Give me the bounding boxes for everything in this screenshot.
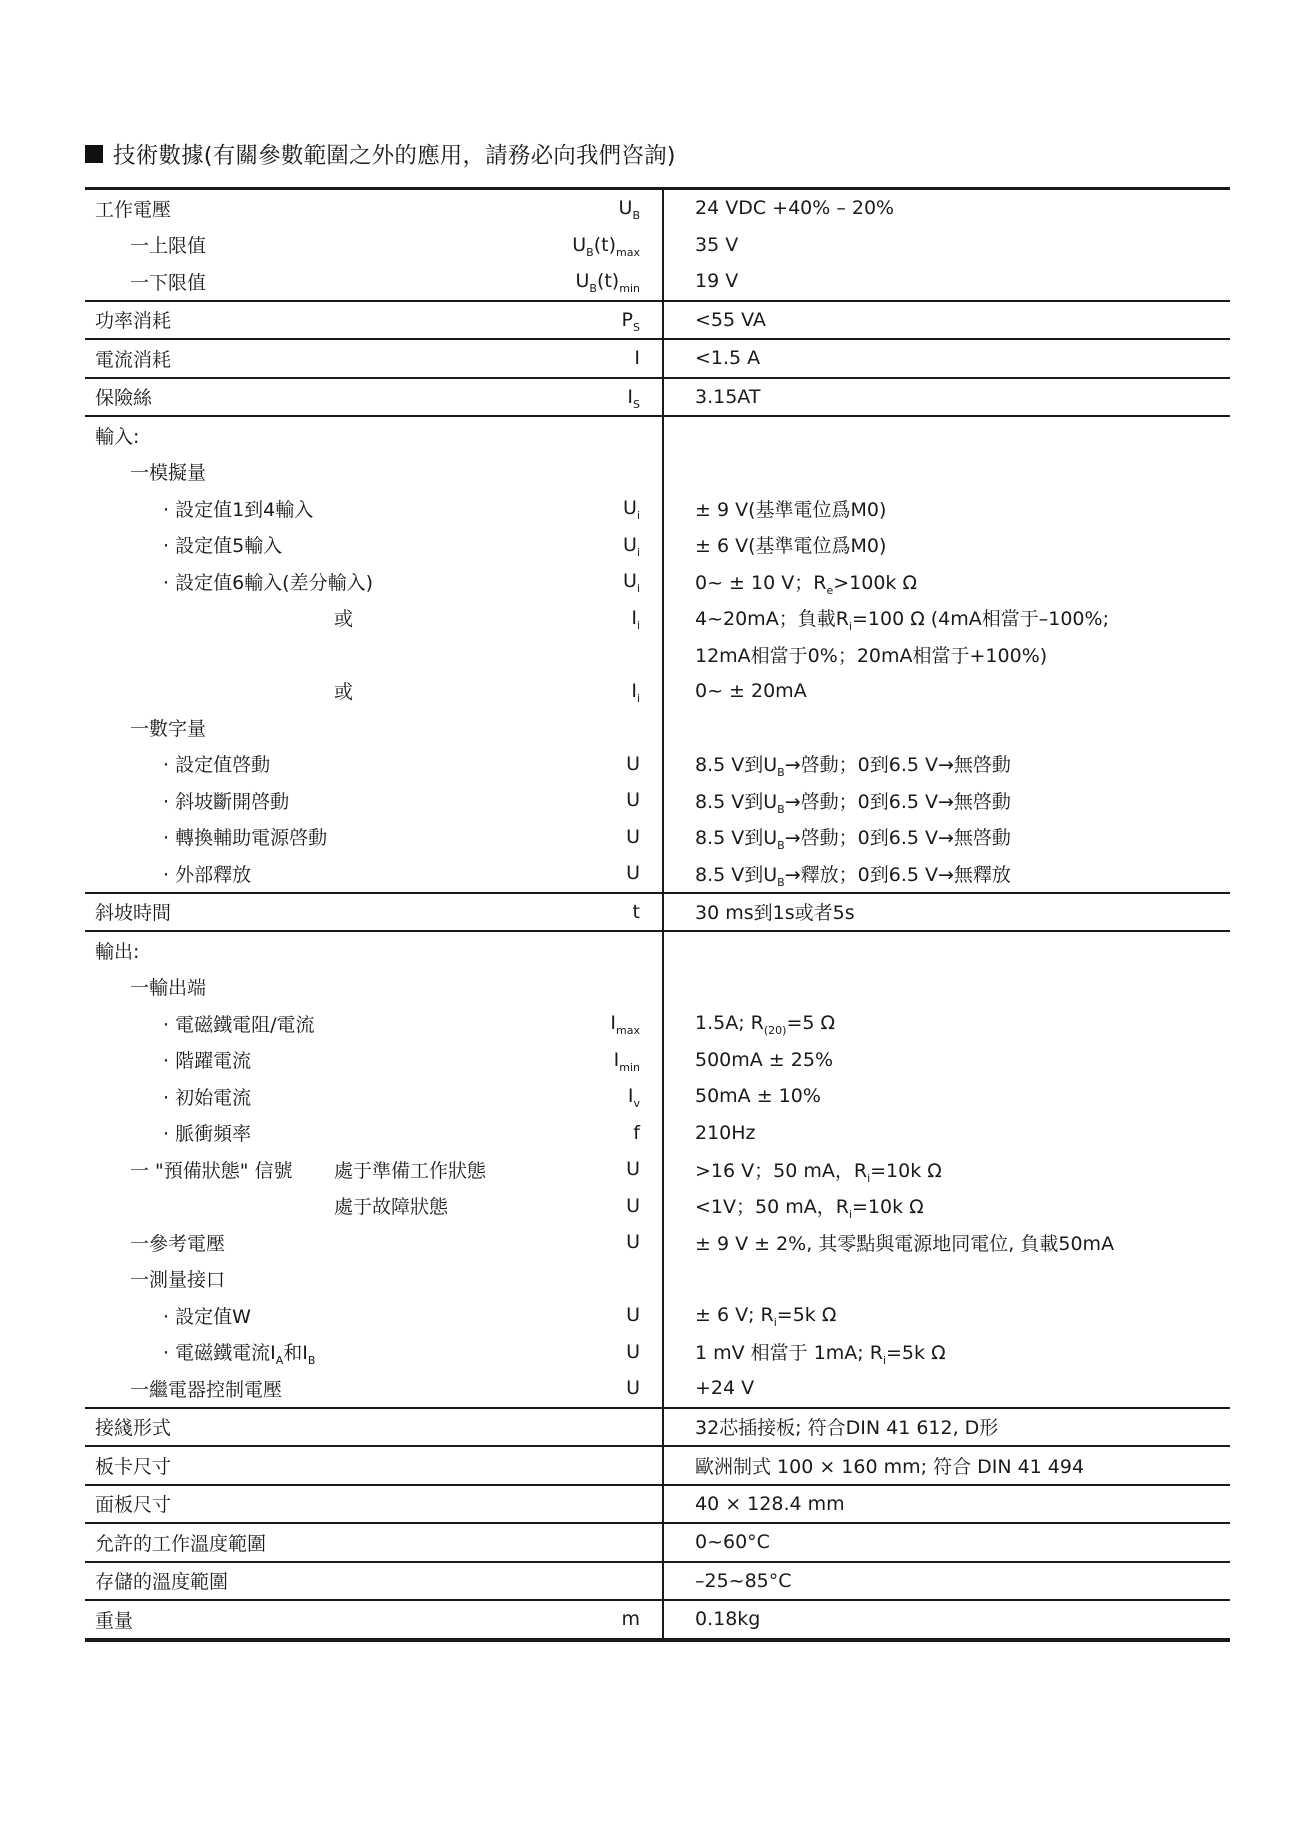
table-row: · 設定值6輸入(差分輸入)Ui0~ ± 10 V；Re>100k Ω (85, 563, 1230, 600)
parameter-cell: 功率消耗PS (85, 306, 662, 333)
table-row: 輸入: (85, 415, 1230, 454)
parameter-cell: · 設定值5輸入Ui (85, 531, 662, 558)
table-row: · 初始電流Iv50mA ± 10% (85, 1078, 1230, 1115)
symbol-label: U (626, 1341, 662, 1363)
table-row: 一上限值UB(t)max35 V (85, 227, 1230, 264)
value-cell (662, 1261, 1230, 1298)
value-cell: 0~ ± 10 V；Re>100k Ω (662, 563, 1230, 600)
value-cell: 0.18kg (662, 1601, 1230, 1638)
table-row: · 脈衝頻率f210Hz (85, 1115, 1230, 1152)
symbol-label: U (626, 789, 662, 811)
table-row: · 設定值1到4輸入Ui± 9 V(基準電位爲M0) (85, 490, 1230, 527)
value-cell: 3.15AT (662, 379, 1230, 416)
table-row: 保險絲IS3.15AT (85, 377, 1230, 416)
parameter-cell: 工作電壓UB (85, 195, 662, 222)
parameter-cell: 一繼電器控制電壓U (85, 1375, 662, 1402)
table-row: · 電磁鐵電流IA和IBU1 mV 相當于 1mA; Ri=5k Ω (85, 1334, 1230, 1371)
parameter-cell: 面板尺寸 (85, 1490, 662, 1517)
value-cell: ± 9 V ± 2%, 其零點與電源地同電位, 負載50mA (662, 1224, 1230, 1261)
parameter-label: · 轉換輔助電源啓動 (85, 823, 327, 850)
parameter-cell: 電流消耗I (85, 345, 662, 372)
value-text: –25~85°C (695, 1570, 792, 1592)
parameter-label: · 脈衝頻率 (85, 1119, 251, 1146)
value-cell: 19 V (662, 263, 1230, 300)
parameter-label: · 設定值6輸入(差分輸入) (85, 568, 373, 595)
parameter-cell: 存儲的溫度範圍 (85, 1567, 662, 1594)
symbol-label: m (621, 1608, 662, 1630)
parameter-cell: · 電磁鐵電流IA和IBU (85, 1338, 662, 1365)
parameter-cell: 或Ii (85, 677, 662, 704)
parameter-cell: 一下限值UB(t)min (85, 268, 662, 295)
value-text: 19 V (695, 270, 738, 292)
symbol-label: I (634, 347, 662, 369)
table-row: 輸出: (85, 930, 1230, 969)
value-text: 50mA ± 10% (695, 1085, 821, 1107)
symbol-label: Ui (623, 570, 662, 592)
table-row: 一模擬量 (85, 454, 1230, 491)
value-cell (662, 709, 1230, 746)
parameter-cell: 處于故障狀態U (85, 1195, 662, 1217)
parameter-cell: 一 "預備狀態" 信號處于準備工作狀態U (85, 1156, 662, 1183)
table-row: 功率消耗PS<55 VA (85, 300, 1230, 339)
parameter-label: 一下限值 (85, 268, 206, 295)
value-text: 35 V (695, 234, 738, 256)
parameter-cell: · 階躍電流Imin (85, 1046, 662, 1073)
parameter-sublabel: 處于故障狀態 (334, 1192, 448, 1219)
value-text: 32芯插接板; 符合DIN 41 612, D形 (695, 1413, 998, 1440)
value-cell: ± 6 V(基準電位爲M0) (662, 527, 1230, 564)
table-row: · 設定值啓動U8.5 V到UB→啓動；0到6.5 V→無啓動 (85, 746, 1230, 783)
parameter-label: 接綫形式 (85, 1413, 171, 1440)
value-text: 4~20mA；負載Ri=100 Ω (4mA相當于–100%; (695, 604, 1109, 631)
parameter-cell: · 設定值啓動U (85, 750, 662, 777)
value-cell: –25~85°C (662, 1563, 1230, 1600)
value-text: +24 V (695, 1377, 754, 1399)
parameter-label: 工作電壓 (85, 195, 171, 222)
value-text: 0~60°C (695, 1531, 770, 1553)
symbol-label: U (626, 1377, 662, 1399)
value-cell: 24 VDC +40% – 20% (662, 190, 1230, 227)
parameter-label: 一繼電器控制電壓 (85, 1375, 282, 1402)
parameter-cell: 接綫形式 (85, 1413, 662, 1440)
value-text: <55 VA (695, 309, 766, 331)
parameter-label: 或 (85, 604, 353, 631)
parameter-label: 功率消耗 (85, 306, 171, 333)
table-row: 一測量接口 (85, 1261, 1230, 1298)
symbol-label: Ui (623, 497, 662, 519)
value-text: ± 6 V(基準電位爲M0) (695, 531, 886, 558)
symbol-label: Ui (623, 534, 662, 556)
parameter-cell: 重量m (85, 1606, 662, 1633)
parameter-cell: 一參考電壓U (85, 1229, 662, 1256)
parameter-label: 面板尺寸 (85, 1490, 171, 1517)
parameter-cell: · 脈衝頻率f (85, 1119, 662, 1146)
symbol-label: Imax (610, 1012, 662, 1034)
table-row: 板卡尺寸歐洲制式 100 × 160 mm; 符合 DIN 41 494 (85, 1445, 1230, 1484)
parameter-label: 一參考電壓 (85, 1229, 225, 1256)
value-text: 12mA相當于0%；20mA相當于+100%) (695, 641, 1047, 668)
value-text: 0.18kg (695, 1608, 760, 1630)
value-text: <1.5 A (695, 347, 760, 369)
value-text: <1V；50 mA，Ri=10k Ω (695, 1192, 924, 1219)
value-cell (662, 417, 1230, 454)
table-row: 一參考電壓U± 9 V ± 2%, 其零點與電源地同電位, 負載50mA (85, 1224, 1230, 1261)
value-text: 8.5 V到UB→啓動；0到6.5 V→無啓動 (695, 823, 1011, 850)
parameter-label: 斜坡時間 (85, 898, 171, 925)
spec-table: 工作電壓UB24 VDC +40% – 20%一上限值UB(t)max35 V一… (85, 187, 1230, 1642)
section-title-text: 技術數據(有關參數範圍之外的應用，請務必向我們咨詢) (113, 138, 676, 170)
parameter-cell: 一模擬量 (85, 458, 662, 485)
table-row: 允許的工作溫度範圍0~60°C (85, 1522, 1230, 1561)
parameter-label: · 電磁鐵電流IA和IB (85, 1338, 315, 1365)
parameter-cell: 一輸出端 (85, 973, 662, 1000)
symbol-label: U (626, 826, 662, 848)
value-cell: >16 V；50 mA，Ri=10k Ω (662, 1151, 1230, 1188)
table-row: 處于故障狀態U<1V；50 mA，Ri=10k Ω (85, 1188, 1230, 1225)
table-row: · 斜坡斷開啓動U8.5 V到UB→啓動；0到6.5 V→無啓動 (85, 782, 1230, 819)
parameter-cell: · 斜坡斷開啓動U (85, 787, 662, 814)
table-row: 一數字量 (85, 709, 1230, 746)
value-cell: 12mA相當于0%；20mA相當于+100%) (662, 636, 1230, 673)
parameter-label: 存儲的溫度範圍 (85, 1567, 228, 1594)
symbol-label: U (626, 753, 662, 775)
table-row: · 設定值WU± 6 V; Ri=5k Ω (85, 1297, 1230, 1334)
parameter-cell: 一上限值UB(t)max (85, 231, 662, 258)
symbol-label: U (626, 1304, 662, 1326)
parameter-sublabel: 處于準備工作狀態 (334, 1156, 486, 1183)
symbol-label: Ii (631, 680, 662, 702)
value-text: 30 ms到1s或者5s (695, 898, 855, 925)
parameter-cell: · 設定值1到4輸入Ui (85, 495, 662, 522)
parameter-label: 輸出: (85, 937, 139, 964)
table-row: 一輸出端 (85, 969, 1230, 1006)
parameter-label: · 電磁鐵電阻/電流 (85, 1010, 314, 1037)
black-square-icon (85, 145, 103, 163)
table-row: 工作電壓UB24 VDC +40% – 20% (85, 190, 1230, 227)
table-row: · 設定值5輸入Ui± 6 V(基準電位爲M0) (85, 527, 1230, 564)
value-cell: ± 6 V; Ri=5k Ω (662, 1297, 1230, 1334)
value-text: 24 VDC +40% – 20% (695, 197, 894, 219)
value-text: 0~ ± 10 V；Re>100k Ω (695, 568, 917, 595)
value-cell: <1.5 A (662, 340, 1230, 377)
value-cell: 8.5 V到UB→啓動；0到6.5 V→無啓動 (662, 819, 1230, 856)
parameter-label: · 階躍電流 (85, 1046, 251, 1073)
value-cell: <1V；50 mA，Ri=10k Ω (662, 1188, 1230, 1225)
table-row: · 外部釋放U8.5 V到UB→釋放；0到6.5 V→無釋放 (85, 855, 1230, 892)
symbol-label: Ii (631, 607, 662, 629)
parameter-cell: 輸入: (85, 422, 662, 449)
value-cell (662, 454, 1230, 491)
parameter-label: 板卡尺寸 (85, 1452, 171, 1479)
symbol-label: U (626, 1195, 662, 1217)
table-row: 或Ii4~20mA；負載Ri=100 Ω (4mA相當于–100%; (85, 600, 1230, 637)
value-cell (662, 969, 1230, 1006)
parameter-label: 電流消耗 (85, 345, 171, 372)
value-text: 0~ ± 20mA (695, 680, 807, 702)
value-text: 40 × 128.4 mm (695, 1493, 845, 1515)
value-cell: 40 × 128.4 mm (662, 1486, 1230, 1523)
parameter-cell: 保險絲IS (85, 383, 662, 410)
parameter-label: 允許的工作溫度範圍 (85, 1529, 266, 1556)
value-cell: 32芯插接板; 符合DIN 41 612, D形 (662, 1409, 1230, 1446)
value-cell: 8.5 V到UB→啓動；0到6.5 V→無啓動 (662, 782, 1230, 819)
table-row: 電流消耗I<1.5 A (85, 338, 1230, 377)
parameter-label: 一測量接口 (85, 1265, 225, 1292)
parameter-label: · 設定值W (85, 1302, 251, 1329)
datasheet-page: 技術數據(有關參數範圍之外的應用，請務必向我們咨詢) 工作電壓UB24 VDC … (0, 0, 1300, 1642)
value-cell: <55 VA (662, 302, 1230, 339)
value-cell: 500mA ± 25% (662, 1042, 1230, 1079)
symbol-label: f (633, 1122, 662, 1144)
value-cell: 210Hz (662, 1115, 1230, 1152)
table-row: 面板尺寸40 × 128.4 mm (85, 1484, 1230, 1523)
parameter-label: 一輸出端 (85, 973, 206, 1000)
parameter-cell: 斜坡時間t (85, 898, 662, 925)
parameter-cell: · 設定值WU (85, 1302, 662, 1329)
parameter-label: 一 "預備狀態" 信號 (85, 1156, 293, 1183)
table-row: 12mA相當于0%；20mA相當于+100%) (85, 636, 1230, 673)
symbol-label: Imin (614, 1049, 662, 1071)
table-row: · 電磁鐵電阻/電流Imax1.5A; R(20)=5 Ω (85, 1005, 1230, 1042)
value-text: ± 6 V; Ri=5k Ω (695, 1304, 836, 1326)
value-text: 500mA ± 25% (695, 1049, 833, 1071)
parameter-label: · 設定值1到4輸入 (85, 495, 313, 522)
value-text: ± 9 V(基準電位爲M0) (695, 495, 886, 522)
symbol-label: t (633, 901, 662, 923)
parameter-cell: 板卡尺寸 (85, 1452, 662, 1479)
parameter-label: 一上限值 (85, 231, 206, 258)
symbol-label: IS (627, 386, 662, 408)
value-cell: 8.5 V到UB→釋放；0到6.5 V→無釋放 (662, 855, 1230, 892)
value-text: ± 9 V ± 2%, 其零點與電源地同電位, 負載50mA (695, 1229, 1114, 1256)
value-cell (662, 932, 1230, 969)
symbol-label: PS (622, 309, 662, 331)
parameter-label: · 外部釋放 (85, 860, 251, 887)
parameter-cell: · 初始電流Iv (85, 1083, 662, 1110)
symbol-label: UB (619, 197, 662, 219)
value-cell: 1 mV 相當于 1mA; Ri=5k Ω (662, 1334, 1230, 1371)
table-row: 斜坡時間t30 ms到1s或者5s (85, 892, 1230, 931)
value-text: 歐洲制式 100 × 160 mm; 符合 DIN 41 494 (695, 1452, 1084, 1479)
parameter-cell: 輸出: (85, 937, 662, 964)
parameter-label: 輸入: (85, 422, 139, 449)
value-text: 210Hz (695, 1122, 756, 1144)
parameter-cell: · 設定值6輸入(差分輸入)Ui (85, 568, 662, 595)
value-cell: 4~20mA；負載Ri=100 Ω (4mA相當于–100%; (662, 600, 1230, 637)
parameter-label: · 斜坡斷開啓動 (85, 787, 289, 814)
value-cell: 35 V (662, 227, 1230, 264)
value-cell: 0~60°C (662, 1524, 1230, 1561)
value-text: >16 V；50 mA，Ri=10k Ω (695, 1156, 942, 1183)
parameter-cell: 一數字量 (85, 714, 662, 741)
table-row: 重量m0.18kg (85, 1599, 1230, 1638)
table-row: 接綫形式32芯插接板; 符合DIN 41 612, D形 (85, 1407, 1230, 1446)
value-text: 3.15AT (695, 386, 760, 408)
symbol-label: Iv (628, 1085, 662, 1107)
parameter-cell: · 電磁鐵電阻/電流Imax (85, 1010, 662, 1037)
value-cell: 50mA ± 10% (662, 1078, 1230, 1115)
value-cell: +24 V (662, 1370, 1230, 1407)
value-cell: ± 9 V(基準電位爲M0) (662, 490, 1230, 527)
parameter-label: 一模擬量 (85, 458, 206, 485)
parameter-label: · 初始電流 (85, 1083, 251, 1110)
parameter-label: 重量 (85, 1606, 133, 1633)
value-cell: 8.5 V到UB→啓動；0到6.5 V→無啓動 (662, 746, 1230, 783)
parameter-label: 一數字量 (85, 714, 206, 741)
table-row: 一下限值UB(t)min19 V (85, 263, 1230, 300)
value-text: 1.5A; R(20)=5 Ω (695, 1012, 835, 1034)
value-text: 8.5 V到UB→啓動；0到6.5 V→無啓動 (695, 787, 1011, 814)
parameter-label: · 設定值啓動 (85, 750, 270, 777)
value-cell: 1.5A; R(20)=5 Ω (662, 1005, 1230, 1042)
value-cell: 0~ ± 20mA (662, 673, 1230, 710)
symbol-label: U (626, 862, 662, 884)
parameter-label: 或 (85, 677, 353, 704)
parameter-label: · 設定值5輸入 (85, 531, 282, 558)
value-cell: 30 ms到1s或者5s (662, 894, 1230, 931)
value-cell: 歐洲制式 100 × 160 mm; 符合 DIN 41 494 (662, 1447, 1230, 1484)
value-text: 1 mV 相當于 1mA; Ri=5k Ω (695, 1338, 946, 1365)
value-text: 8.5 V到UB→啓動；0到6.5 V→無啓動 (695, 750, 1011, 777)
parameter-cell: 允許的工作溫度範圍 (85, 1529, 662, 1556)
table-row: 一 "預備狀態" 信號處于準備工作狀態U>16 V；50 mA，Ri=10k Ω (85, 1151, 1230, 1188)
table-row: 存儲的溫度範圍–25~85°C (85, 1561, 1230, 1600)
symbol-label: U (626, 1158, 662, 1180)
parameter-cell: · 外部釋放U (85, 860, 662, 887)
table-row: 或Ii0~ ± 20mA (85, 673, 1230, 710)
table-row: · 轉換輔助電源啓動U8.5 V到UB→啓動；0到6.5 V→無啓動 (85, 819, 1230, 856)
parameter-cell: 或Ii (85, 604, 662, 631)
symbol-label: U (626, 1231, 662, 1253)
table-row: · 階躍電流Imin500mA ± 25% (85, 1042, 1230, 1079)
section-title: 技術數據(有關參數範圍之外的應用，請務必向我們咨詢) (85, 138, 1230, 170)
symbol-label: UB(t)max (572, 234, 662, 256)
table-row: 一繼電器控制電壓U+24 V (85, 1370, 1230, 1407)
parameter-cell: · 轉換輔助電源啓動U (85, 823, 662, 850)
parameter-label: 保險絲 (85, 383, 152, 410)
value-text: 8.5 V到UB→釋放；0到6.5 V→無釋放 (695, 860, 1011, 887)
parameter-cell: 一測量接口 (85, 1265, 662, 1292)
symbol-label: UB(t)min (575, 270, 662, 292)
